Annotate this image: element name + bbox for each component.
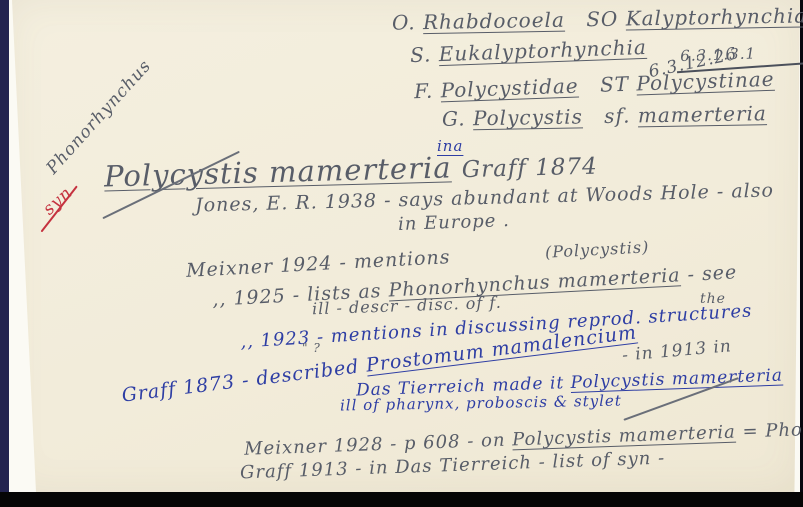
meixner-1925-suffix: - see [687, 261, 738, 286]
family-prefix: F. [414, 79, 434, 104]
subfamily-name: Polycystinae [636, 67, 775, 96]
order-name: Rhabdocoela [423, 8, 565, 34]
graff-1873-query-mark: " ? [302, 342, 321, 355]
species-prefix: sf. [604, 104, 631, 128]
family-name: Polycystidae [440, 74, 579, 103]
order-prefix: O. [392, 10, 416, 34]
scan-border-bottom [0, 492, 803, 507]
suborder-prefix: SO [586, 7, 619, 32]
scan-border-left [0, 0, 9, 507]
jones-note-line-2: in Europe . [398, 211, 510, 235]
subfamily-prefix: ST [600, 72, 630, 97]
genus-name: Polycystis [473, 104, 583, 130]
section-prefix: S. [410, 42, 432, 67]
species-title-authority: Graff 1874 [461, 154, 598, 184]
suborder-name: Kalyptorhynchia [625, 3, 803, 30]
genus-prefix: G. [442, 106, 466, 130]
taxonomy-genus-line: G. Polycystis sf. mamerteria [442, 102, 767, 130]
species-name: mamerteria [638, 101, 767, 127]
